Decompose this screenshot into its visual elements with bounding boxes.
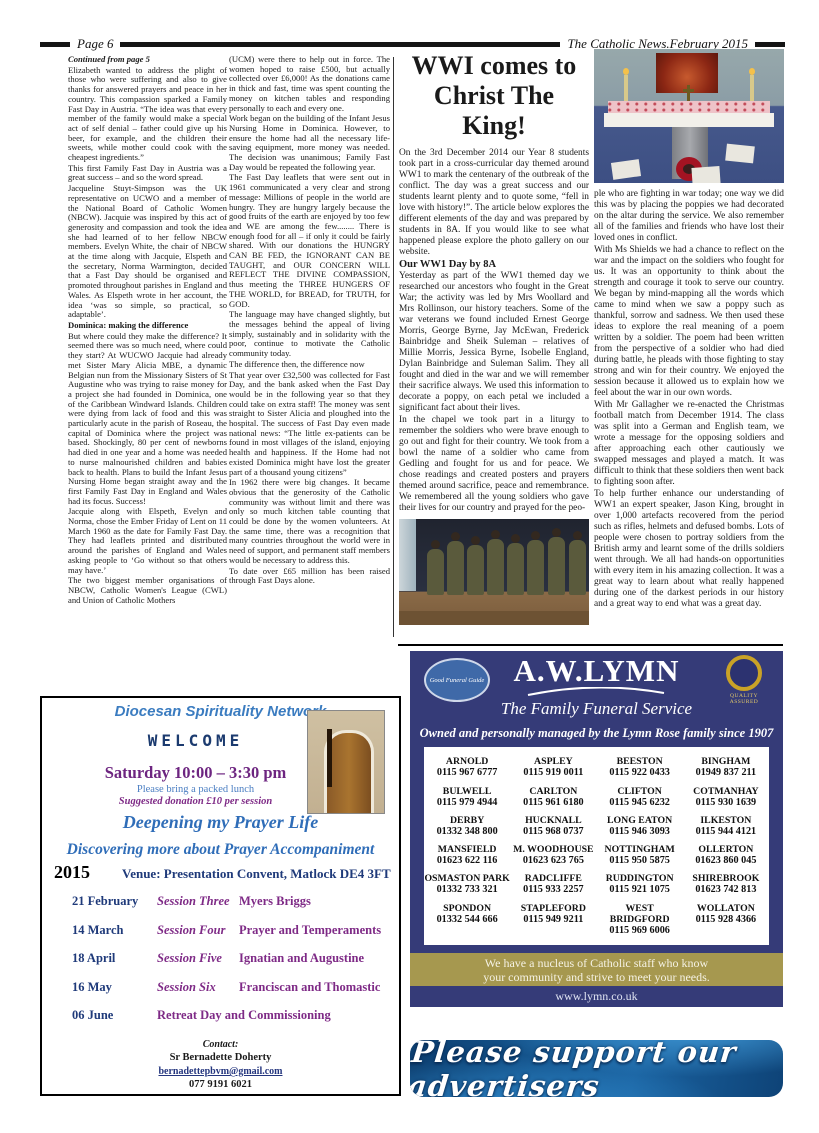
branch-name: COTMANHAY xyxy=(683,786,769,797)
student-figure xyxy=(507,543,524,595)
branch-phone: 01332 348 800 xyxy=(424,826,510,837)
session-name: Session Six xyxy=(157,980,239,995)
branch: BULWELL0115 979 4944 xyxy=(424,786,510,808)
sessions-list: 21 February Session Three Myers Briggs 1… xyxy=(72,894,392,1037)
paragraph: Jacquie along with Elspeth, Evelyn and N… xyxy=(68,507,227,575)
photo-candle xyxy=(624,75,628,101)
session-row: 06 June Retreat Day and Commissioning xyxy=(72,1008,392,1023)
photo-window xyxy=(399,519,416,591)
branch: BEESTON0115 922 0433 xyxy=(597,756,683,778)
event-time: Saturday 10:00 – 3:30 pm xyxy=(42,763,349,783)
paragraph: Jacqueline Stuyt-Simpson was the UK repr… xyxy=(68,184,227,320)
wwi-article-column-1: WWI comes to Christ The King! On the 3rd… xyxy=(399,49,589,625)
branch-phone: 0115 950 5875 xyxy=(597,855,683,866)
branch: MANSFIELD01623 622 116 xyxy=(424,844,510,866)
paragraph: ple who are fighting in war today; one w… xyxy=(594,189,784,244)
session-topic: Retreat Day and Commissioning xyxy=(157,1008,392,1023)
paragraph: Work began on the building of the Infant… xyxy=(229,114,390,172)
paragraph: With Mr Gallagher we re-enacted the Chri… xyxy=(594,400,784,488)
header-rule-center xyxy=(120,42,560,47)
branch: NOTTINGHAM0115 950 5875 xyxy=(597,844,683,866)
branch-name: WOLLATON xyxy=(683,903,769,914)
branch-phone: 0115 944 4121 xyxy=(683,826,769,837)
session-date: 14 March xyxy=(72,923,157,938)
paragraph: This first Family Fast Day in Austria wa… xyxy=(68,164,227,183)
paragraph: On the 3rd December 2014 our Year 8 stud… xyxy=(399,148,589,258)
branch-phone: 0115 919 0011 xyxy=(510,767,596,778)
student-figure xyxy=(427,549,444,595)
student-figure xyxy=(569,540,586,595)
student-figure xyxy=(487,539,504,595)
branch-phone: 0115 922 0433 xyxy=(597,767,683,778)
paragraph: In the chapel we took part in a liturgy … xyxy=(399,415,589,514)
branch-name: SPONDON xyxy=(424,903,510,914)
branch-phone: 0115 969 6006 xyxy=(597,925,683,936)
branch: LONG EATON0115 946 3093 xyxy=(597,815,683,837)
photo-altar-cloth xyxy=(604,113,774,127)
branch-name: WEST BRIDGFORD xyxy=(597,903,683,925)
wwi-subhead: Our WW1 Day by 8A xyxy=(399,259,589,270)
support-advertisers-banner: Please support our advertisers xyxy=(410,1040,783,1097)
branch-phone: 0115 945 6232 xyxy=(597,797,683,808)
branch-name: MANSFIELD xyxy=(424,844,510,855)
programme-title-2: Discovering more about Prayer Accompanim… xyxy=(42,841,399,859)
paragraph: The difference then, the difference now xyxy=(229,360,390,370)
branch: M. WOODHOUSE01623 623 765 xyxy=(510,844,596,866)
venue-label: Venue: Presentation Convent, Matlock DE4… xyxy=(122,866,391,881)
branch-phone: 01623 623 765 xyxy=(510,855,596,866)
branch: CLIFTON0115 945 6232 xyxy=(597,786,683,808)
branch-phone: 01332 733 321 xyxy=(424,884,510,895)
article-column-1: Continued from page 5 Elizabeth wanted t… xyxy=(68,55,227,606)
branch: RUDDINGTON0115 921 1075 xyxy=(597,873,683,895)
photo-stage-edge xyxy=(399,611,589,625)
altar-poppies-photo xyxy=(594,49,784,183)
branch-name: BEESTON xyxy=(597,756,683,767)
paragraph: The two biggest member organisations of … xyxy=(68,576,227,605)
branch: DERBY01332 348 800 xyxy=(424,815,510,837)
session-row: 14 March Session Four Prayer and Tempera… xyxy=(72,923,392,938)
paragraph: Elizabeth wanted to address the plight o… xyxy=(68,66,227,163)
welcome-text: WELCOME xyxy=(42,731,349,750)
staff-line-1: We have a nucleus of Catholic staff who … xyxy=(410,956,783,970)
lymn-advert: Good Funeral Guide A.W.LYMN QUALITY ASSU… xyxy=(410,651,783,1007)
ad-separator-rule xyxy=(398,644,783,646)
branch-name: BINGHAM xyxy=(683,756,769,767)
donation-note: Suggested donation £10 per session xyxy=(42,796,349,807)
session-topic: Prayer and Temperaments xyxy=(239,923,392,938)
article-subhead: Dominica: making the difference xyxy=(68,321,227,331)
branch-name: STAPLEFORD xyxy=(510,903,596,914)
lymn-website: www.lymn.co.uk xyxy=(410,989,783,1004)
branch: WEST BRIDGFORD0115 969 6006 xyxy=(597,903,683,936)
branch-name: OLLERTON xyxy=(683,844,769,855)
lymn-owned-line: Owned and personally managed by the Lymn… xyxy=(410,726,783,741)
staff-line-2: your community and strive to meet your n… xyxy=(410,970,783,984)
session-date: 16 May xyxy=(72,980,157,995)
branch-phone: 0115 930 1639 xyxy=(683,797,769,808)
session-date: 21 February xyxy=(72,894,157,909)
session-name: Session Four xyxy=(157,923,239,938)
continued-from-label: Continued from page 5 xyxy=(68,55,227,65)
branch-name: CARLTON xyxy=(510,786,596,797)
branch-phone: 0115 946 3093 xyxy=(597,826,683,837)
branch-phone: 01623 860 045 xyxy=(683,855,769,866)
paragraph: With Ms Shields we had a chance to refle… xyxy=(594,245,784,399)
paragraph: But where could they make the difference… xyxy=(68,332,227,507)
photo-paper xyxy=(611,159,641,180)
branch: STAPLEFORD0115 949 9211 xyxy=(510,903,596,936)
article-column-2: (UCM) were there to help out in force. T… xyxy=(229,55,390,587)
photo-paper xyxy=(725,144,755,164)
paragraph: The Fast Day leaflets that were sent out… xyxy=(229,173,390,309)
year-label: 2015 xyxy=(54,862,90,882)
header-rule-left xyxy=(40,42,70,47)
session-topic: Myers Briggs xyxy=(239,894,392,909)
student-figure xyxy=(527,540,544,595)
branch-name: RADCLIFFE xyxy=(510,873,596,884)
quality-assured-badge: QUALITY ASSURED xyxy=(717,655,771,705)
branch-name: HUCKNALL xyxy=(510,815,596,826)
session-date: 18 April xyxy=(72,951,157,966)
branch-name: SHIREBROOK xyxy=(683,873,769,884)
branch: OSMASTON PARK01332 733 321 xyxy=(424,873,510,895)
branch-phone: 0115 928 4366 xyxy=(683,914,769,925)
branch: CARLTON0115 961 6180 xyxy=(510,786,596,808)
paragraph: That year over £32,500 was collected for… xyxy=(229,371,390,478)
contact-block: Contact: Sr Bernadette Doherty bernadett… xyxy=(42,1039,399,1091)
branch-phone: 01623 622 116 xyxy=(424,855,510,866)
student-figure xyxy=(447,541,464,595)
newspaper-page: Page 6 The Catholic News.February 2015 C… xyxy=(0,0,819,1133)
branch-phone-grid: ARNOLD0115 967 6777 ASPLEY0115 919 0011 … xyxy=(424,747,769,945)
venue-row: 2015 Venue: Presentation Convent, Matloc… xyxy=(54,862,394,883)
branch-phone: 01949 837 211 xyxy=(683,767,769,778)
branch-name: ARNOLD xyxy=(424,756,510,767)
session-row: 16 May Session Six Franciscan and Thomas… xyxy=(72,980,392,995)
branch-name: LONG EATON xyxy=(597,815,683,826)
branch-phone: 0115 968 0737 xyxy=(510,826,596,837)
branch-name: OSMASTON PARK xyxy=(424,873,510,884)
programme-title-1: Deepening my Prayer Life xyxy=(42,812,399,833)
session-row: 21 February Session Three Myers Briggs xyxy=(72,894,392,909)
branch: RADCLIFFE0115 933 2257 xyxy=(510,873,596,895)
branch-name: ASPLEY xyxy=(510,756,596,767)
page-number: Page 6 xyxy=(77,36,113,52)
session-topic: Franciscan and Thomastic xyxy=(239,980,392,995)
branch: COTMANHAY0115 930 1639 xyxy=(683,786,769,808)
branch-phone: 0115 949 9211 xyxy=(510,914,596,925)
paragraph: The language may have changed slightly, … xyxy=(229,310,390,359)
wwi-headline: WWI comes to Christ The King! xyxy=(399,51,589,141)
branch-phone: 01623 742 813 xyxy=(683,884,769,895)
paragraph: To date over £65 million has been raised… xyxy=(229,567,390,586)
branch-name: DERBY xyxy=(424,815,510,826)
session-name: Session Three xyxy=(157,894,239,909)
contact-label: Contact: xyxy=(42,1039,399,1052)
branch-name: RUDDINGTON xyxy=(597,873,683,884)
student-figure xyxy=(467,545,484,595)
branch-name: ILKESTON xyxy=(683,815,769,826)
contact-email-link[interactable]: bernadettepbvm@gmail.com xyxy=(158,1066,282,1077)
branch-phone: 0115 979 4944 xyxy=(424,797,510,808)
paragraph: Yesterday as part of the WW1 themed day … xyxy=(399,271,589,414)
branch: OLLERTON01623 860 045 xyxy=(683,844,769,866)
session-topic: Ignatian and Augustine xyxy=(239,951,392,966)
session-date: 06 June xyxy=(72,1008,157,1023)
branch-phone: 0115 921 1075 xyxy=(597,884,683,895)
lymn-tagline: The Family Funeral Service xyxy=(410,699,783,719)
session-row: 18 April Session Five Ignatian and Augus… xyxy=(72,951,392,966)
support-advertisers-text: Please support our advertisers xyxy=(410,1040,783,1097)
catholic-staff-banner: We have a nucleus of Catholic staff who … xyxy=(410,953,783,986)
branch-phone: 0115 967 6777 xyxy=(424,767,510,778)
branch: ASPLEY0115 919 0011 xyxy=(510,756,596,778)
paragraph: To help further enhance our understandin… xyxy=(594,489,784,610)
diocesan-network-box: Diocesan Spirituality Network WELCOME Sa… xyxy=(40,696,401,1096)
branch-phone: 0115 933 2257 xyxy=(510,884,596,895)
contact-phone: 077 9191 6021 xyxy=(42,1079,399,1092)
paragraph: (UCM) were there to help out in force. T… xyxy=(229,55,390,113)
branch: SPONDON01332 544 666 xyxy=(424,903,510,936)
branch-name: CLIFTON xyxy=(597,786,683,797)
photo-paper xyxy=(691,166,720,183)
badge-circle xyxy=(726,655,762,691)
branch-name: NOTTINGHAM xyxy=(597,844,683,855)
session-name: Session Five xyxy=(157,951,239,966)
branch: ARNOLD0115 967 6777 xyxy=(424,756,510,778)
branch-phone: 0115 961 6180 xyxy=(510,797,596,808)
students-stage-photo xyxy=(399,519,589,625)
branch: HUCKNALL0115 968 0737 xyxy=(510,815,596,837)
header-rule-right xyxy=(755,42,785,47)
branch: ILKESTON0115 944 4121 xyxy=(683,815,769,837)
branch: BINGHAM01949 837 211 xyxy=(683,756,769,778)
branch-name: M. WOODHOUSE xyxy=(510,844,596,855)
paragraph: In 1962 there were big changes. It becam… xyxy=(229,478,390,565)
lymn-logo-swash xyxy=(526,687,666,697)
lunch-note: Please bring a packed lunch xyxy=(42,784,349,795)
wwi-article-column-2: ple who are fighting in war today; one w… xyxy=(594,49,784,611)
branch-phone: 01332 544 666 xyxy=(424,914,510,925)
photo-candle xyxy=(750,75,754,101)
branch-name: BULWELL xyxy=(424,786,510,797)
branch: WOLLATON0115 928 4366 xyxy=(683,903,769,936)
column-divider xyxy=(393,57,394,637)
branch: SHIREBROOK01623 742 813 xyxy=(683,873,769,895)
contact-name: Sr Bernadette Doherty xyxy=(42,1052,399,1065)
photo-cross xyxy=(687,85,690,101)
student-figure xyxy=(548,537,565,595)
